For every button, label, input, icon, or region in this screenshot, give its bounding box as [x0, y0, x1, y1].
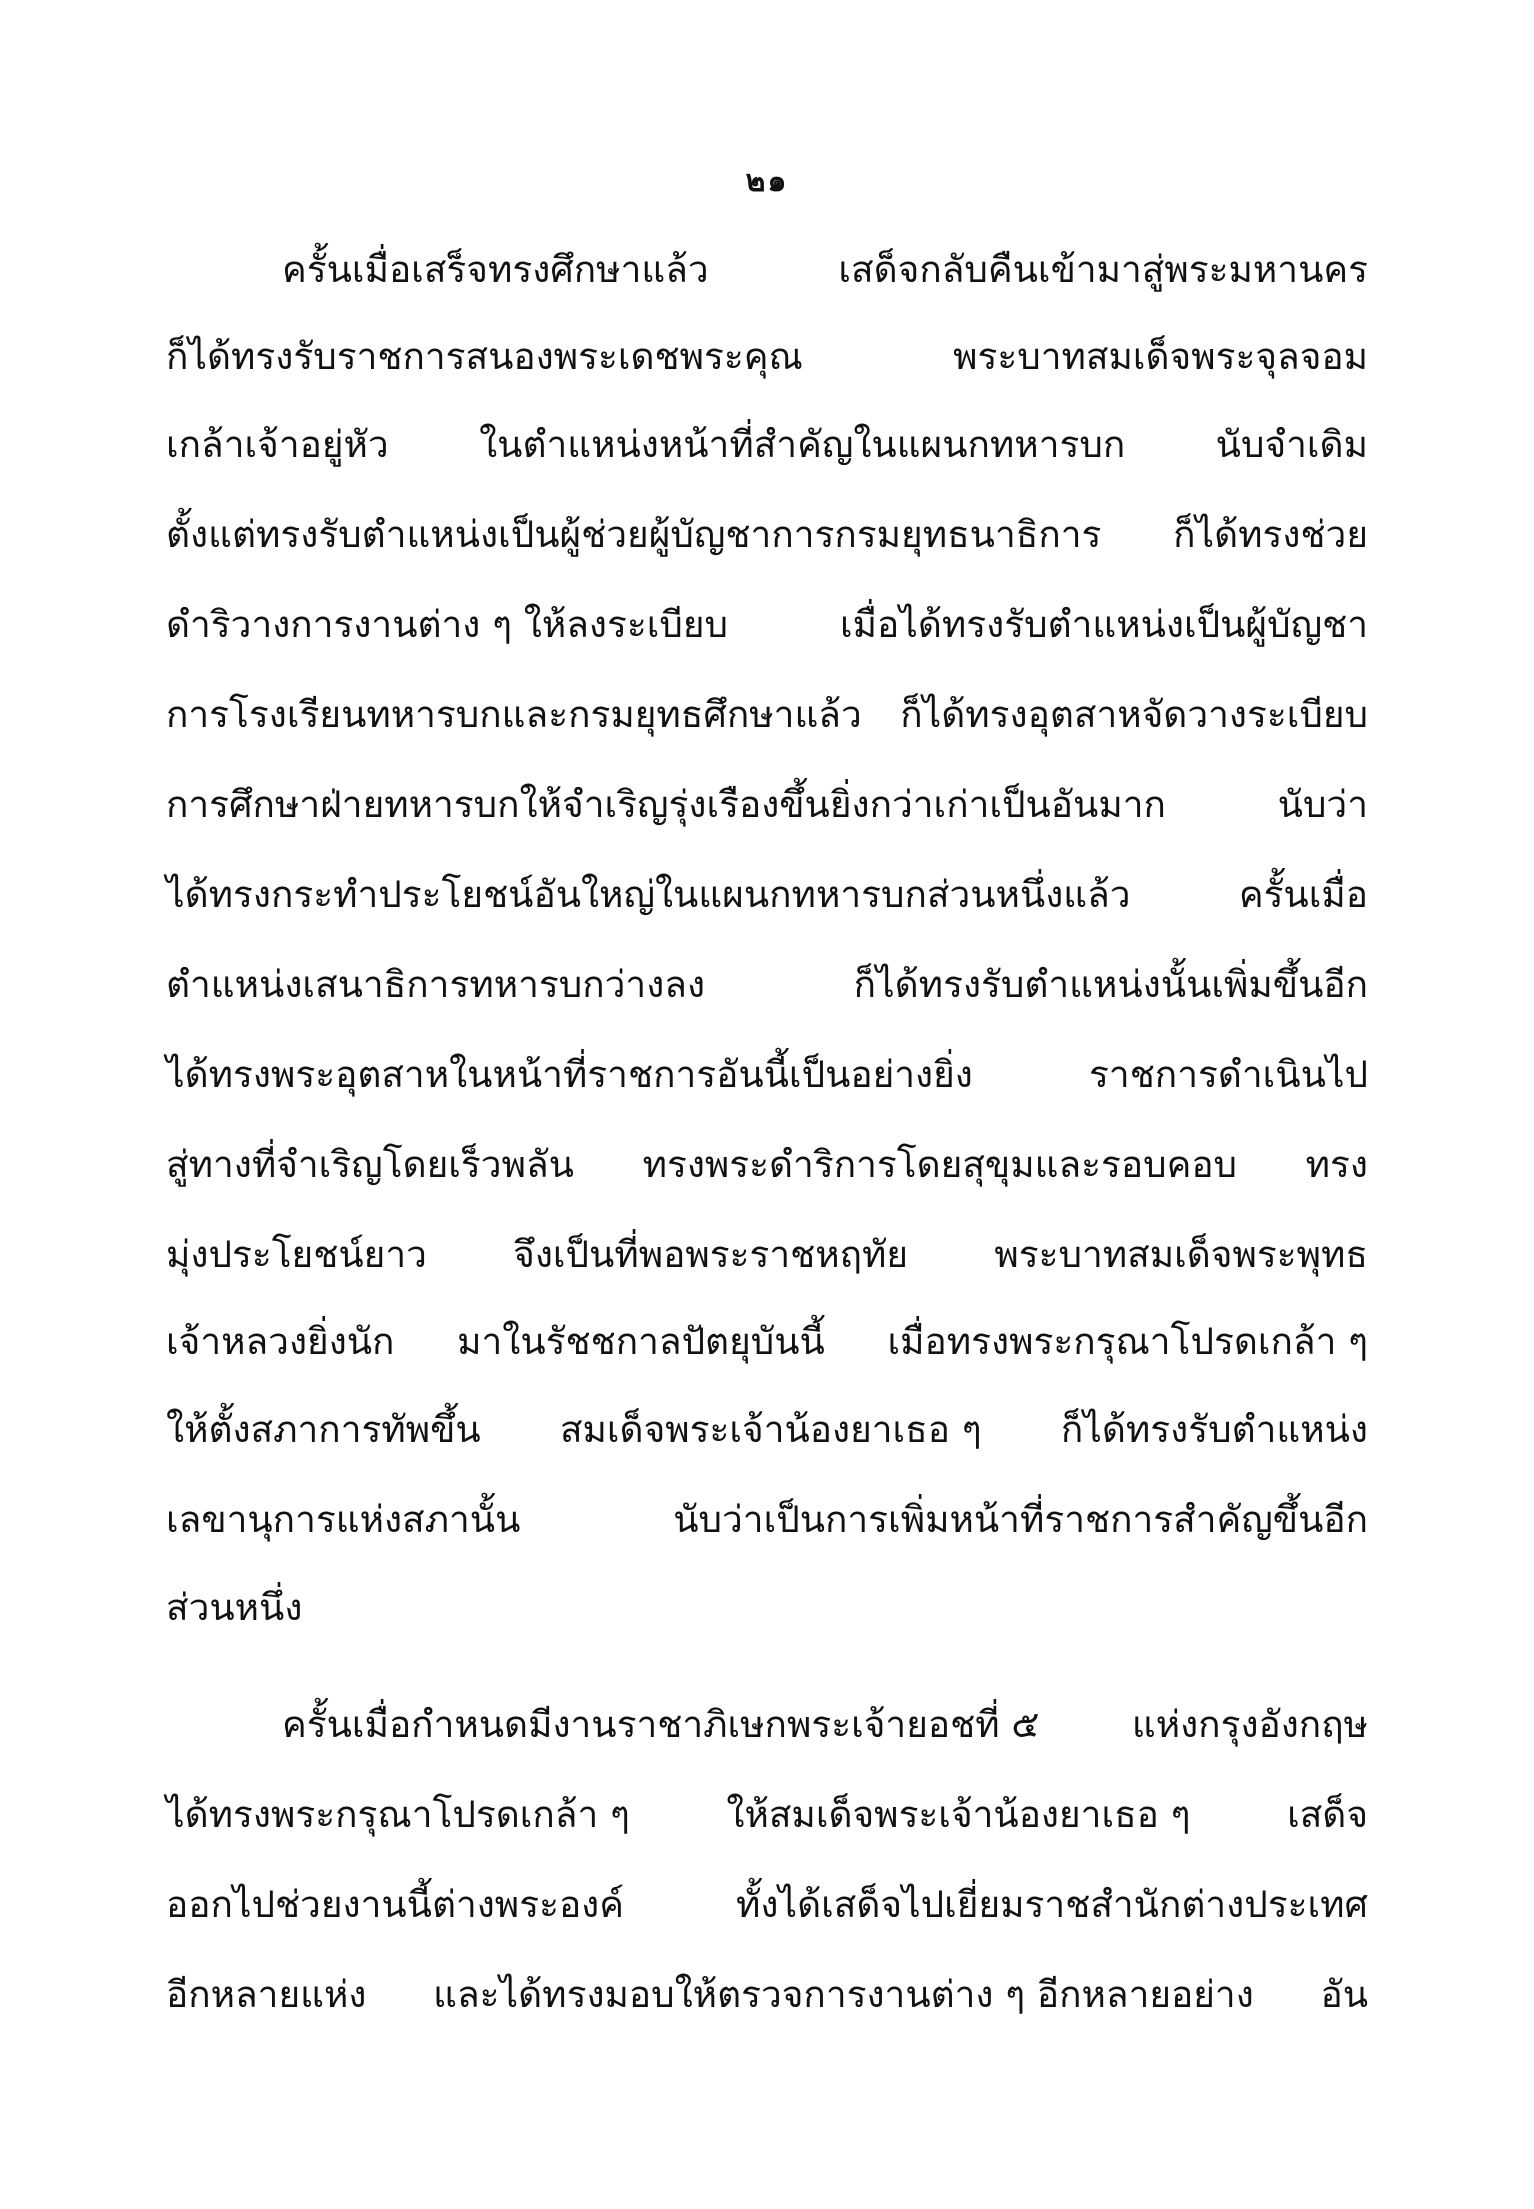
text-line: ให้ตั้งสภาการทัพขึ้น สมเด็จพระเจ้าน้องยา…: [166, 1400, 1368, 1460]
text-line: อีกหลายแห่ง และได้ทรงมอบให้ตรวจการงานต่า…: [166, 1965, 1368, 2025]
page-number: ๒๑: [0, 158, 1534, 205]
text-segment: ราชการดำเนินไป: [1089, 1045, 1368, 1105]
text-line: มุ่งประโยชน์ยาว จึงเป็นที่พอพระราชหฤทัย …: [166, 1225, 1368, 1285]
text-segment: การโรงเรียนทหารบกและกรมยุทธศึกษาแล้ว: [166, 685, 862, 745]
text-segment: ทรง: [1306, 1135, 1368, 1195]
text-segment: ก็ได้ทรงอุตสาหจัดวางระเบียบ: [900, 685, 1368, 745]
text-segment: ก็ได้ทรงรับราชการสนองพระเดชพระคุณ: [166, 327, 803, 387]
text-segment: เมื่อทรงพระกรุณาโปรดเกล้า ๆ: [887, 1312, 1368, 1372]
text-segment: ได้ทรงพระกรุณาโปรดเกล้า ๆ: [166, 1785, 630, 1845]
text-line: การศึกษาฝ่ายทหารบกให้จำเริญรุ่งเรืองขึ้น…: [166, 775, 1368, 835]
text-segment: ทั้งได้เสด็จไปเยี่ยมราชสำนักต่างประเทศ: [736, 1875, 1368, 1935]
text-segment: และได้ทรงมอบให้ตรวจการงานต่าง ๆ อีกหลายอ…: [433, 1965, 1254, 2025]
text-segment: ครั้นเมื่อเสร็จทรงศึกษาแล้ว: [282, 240, 709, 300]
text-segment: นับว่า: [1278, 775, 1368, 835]
text-segment: แห่งกรุงอังกฤษ: [1132, 1695, 1368, 1755]
text-segment: ได้ทรงกระทำประโยชน์อันใหญ่ในแผนกทหารบกส่…: [166, 865, 1131, 925]
text-line: การโรงเรียนทหารบกและกรมยุทธศึกษาแล้ว ก็ไ…: [166, 685, 1368, 745]
text-segment: สมเด็จพระเจ้าน้องยาเธอ ๆ: [560, 1400, 982, 1460]
text-line: ครั้นเมื่อกำหนดมีงานราชาภิเษกพระเจ้ายอชท…: [282, 1695, 1368, 1755]
text-line: ก็ได้ทรงรับราชการสนองพระเดชพระคุณ พระบาท…: [166, 327, 1368, 387]
text-segment: สู่ทางที่จำเริญโดยเร็วพลัน: [166, 1135, 574, 1195]
text-segment: พระบาทสมเด็จพระพุทธ: [994, 1225, 1368, 1285]
text-segment: ดำริวางการงานต่าง ๆ ให้ลงระเบียบ: [166, 595, 728, 655]
text-segment: ออกไปช่วยงานนี้ต่างพระองค์: [166, 1875, 624, 1935]
text-segment: อัน: [1320, 1965, 1368, 2025]
text-segment: ตำแหน่งเสนาธิการทหารบกว่างลง: [166, 955, 705, 1015]
text-segment: เมื่อได้ทรงรับตำแหน่งเป็นผู้บัญชา: [840, 595, 1368, 655]
text-segment: ให้ตั้งสภาการทัพขึ้น: [166, 1400, 481, 1460]
text-segment: ส่วนหนึ่ง: [166, 1578, 302, 1638]
text-segment: ตั้งแต่ทรงรับตำแหน่งเป็นผู้ช่วยผู้บัญชาก…: [166, 505, 1101, 565]
text-segment: พระบาทสมเด็จพระจุลจอม: [953, 327, 1368, 387]
text-segment: เสด็จกลับคืนเข้ามาสู่พระมหานคร: [838, 240, 1368, 300]
text-segment: อีกหลายแห่ง: [166, 1965, 366, 2025]
text-line: ออกไปช่วยงานนี้ต่างพระองค์ ทั้งได้เสด็จไ…: [166, 1875, 1368, 1935]
text-segment: ก็ได้ทรงรับตำแหน่ง: [1061, 1400, 1368, 1460]
document-page: ๒๑ ครั้นเมื่อเสร็จทรงศึกษาแล้ว เสด็จกลับ…: [0, 0, 1534, 2209]
text-segment: ครั้นเมื่อกำหนดมีงานราชาภิเษกพระเจ้ายอชท…: [282, 1695, 1039, 1755]
text-line: ตั้งแต่ทรงรับตำแหน่งเป็นผู้ช่วยผู้บัญชาก…: [166, 505, 1368, 565]
text-line: เจ้าหลวงยิ่งนัก มาในรัชชกาลปัตยุบันนี้ เ…: [166, 1312, 1368, 1372]
text-segment: ครั้นเมื่อ: [1239, 865, 1368, 925]
text-segment: มาในรัชชกาลปัตยุบันนี้: [457, 1312, 825, 1372]
text-segment: ก็ได้ทรงรับตำแหน่งนั้นเพิ่มขึ้นอีก: [854, 955, 1368, 1015]
text-segment: จึงเป็นที่พอพระราชหฤทัย: [513, 1225, 908, 1285]
text-line: ดำริวางการงานต่าง ๆ ให้ลงระเบียบ เมื่อได…: [166, 595, 1368, 655]
text-segment: การศึกษาฝ่ายทหารบกให้จำเริญรุ่งเรืองขึ้น…: [166, 775, 1166, 835]
text-segment: ก็ได้ทรงช่วย: [1173, 505, 1368, 565]
text-segment: เกล้าเจ้าอยู่หัว: [166, 415, 389, 475]
text-segment: ในตำแหน่งหน้าที่สำคัญในแผนกทหารบก: [479, 415, 1125, 475]
text-line: ได้ทรงกระทำประโยชน์อันใหญ่ในแผนกทหารบกส่…: [166, 865, 1368, 925]
text-segment: ได้ทรงพระอุตสาหในหน้าที่ราชการอันนี้เป็น…: [166, 1045, 973, 1105]
text-segment: ทรงพระดำริการโดยสุขุมและรอบคอบ: [643, 1135, 1237, 1195]
text-line: ได้ทรงพระอุตสาหในหน้าที่ราชการอันนี้เป็น…: [166, 1045, 1368, 1105]
text-segment: นับจำเดิม: [1216, 415, 1368, 475]
text-segment: ให้สมเด็จพระเจ้าน้องยาเธอ ๆ: [726, 1785, 1190, 1845]
text-segment: นับว่าเป็นการเพิ่มหน้าที่ราชการสำคัญขึ้น…: [673, 1490, 1368, 1550]
text-segment: มุ่งประโยชน์ยาว: [166, 1225, 427, 1285]
text-line: ส่วนหนึ่ง: [166, 1578, 1368, 1638]
text-line: ครั้นเมื่อเสร็จทรงศึกษาแล้ว เสด็จกลับคืน…: [282, 240, 1368, 300]
text-line: ได้ทรงพระกรุณาโปรดเกล้า ๆ ให้สมเด็จพระเจ…: [166, 1785, 1368, 1845]
text-segment: เลขานุการแห่งสภานั้น: [166, 1490, 520, 1550]
text-line: เลขานุการแห่งสภานั้น นับว่าเป็นการเพิ่มห…: [166, 1490, 1368, 1550]
text-line: ตำแหน่งเสนาธิการทหารบกว่างลง ก็ได้ทรงรับ…: [166, 955, 1368, 1015]
text-line: สู่ทางที่จำเริญโดยเร็วพลัน ทรงพระดำริการ…: [166, 1135, 1368, 1195]
text-line: เกล้าเจ้าอยู่หัว ในตำแหน่งหน้าที่สำคัญใน…: [166, 415, 1368, 475]
text-segment: เสด็จ: [1287, 1785, 1368, 1845]
text-segment: เจ้าหลวงยิ่งนัก: [166, 1312, 394, 1372]
